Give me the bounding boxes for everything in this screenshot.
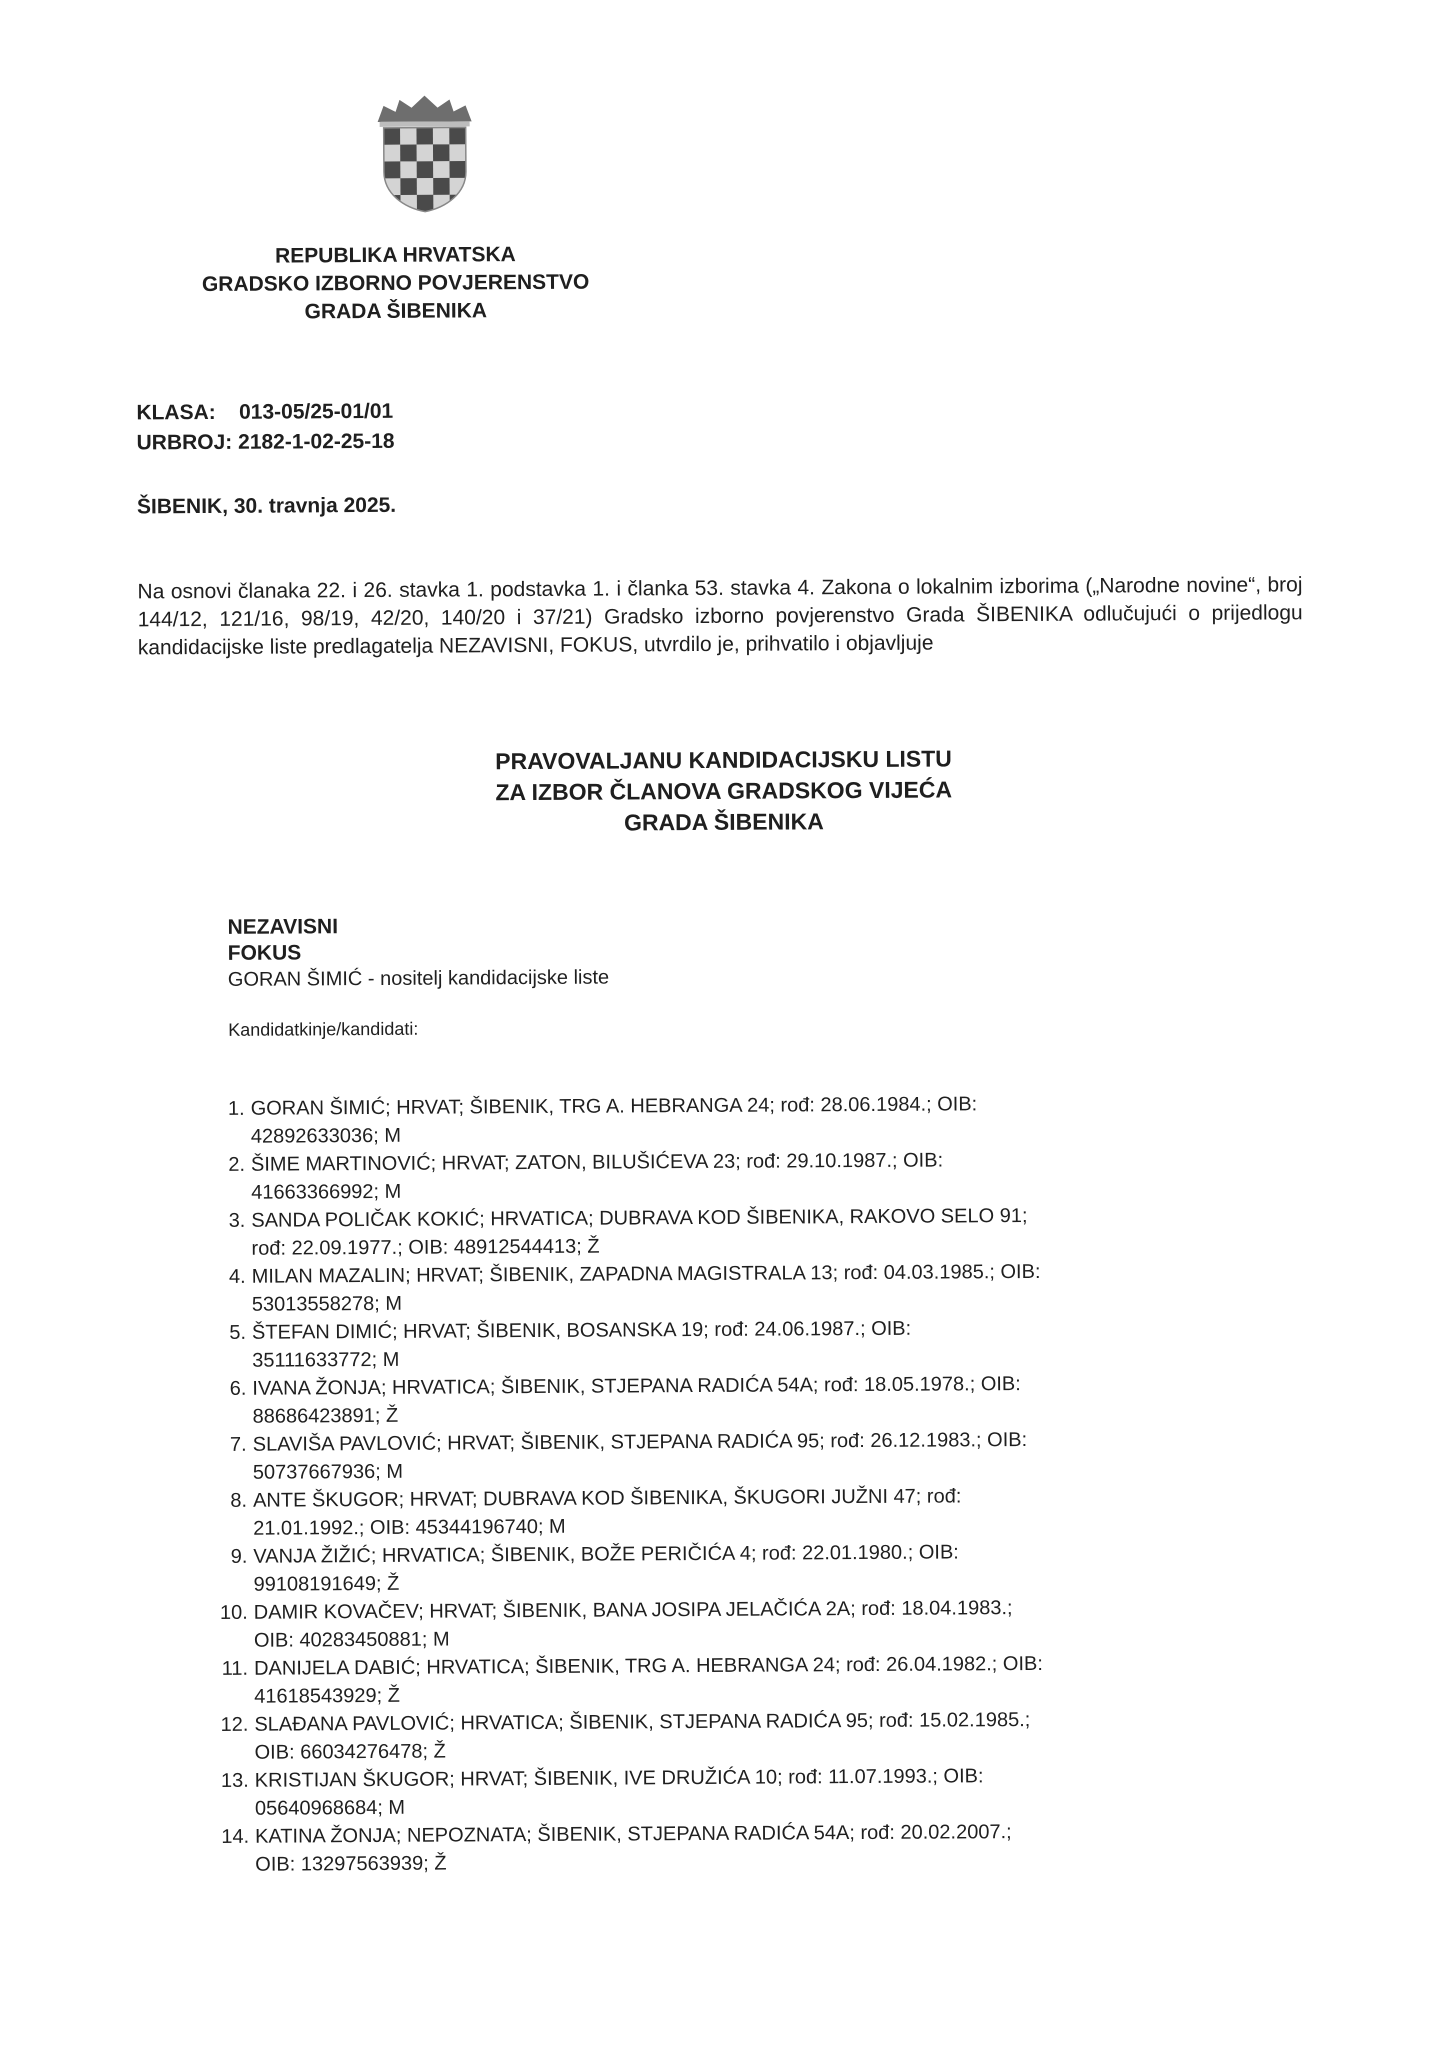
candidate-details: GORAN ŠIMIĆ; HRVAT; ŠIBENIK, TRG A. HEBR… xyxy=(251,1088,1336,1151)
candidate-details: KATINA ŽONJA; NEPOZNATA; ŠIBENIK, STJEPA… xyxy=(255,1816,1340,1879)
croatian-coat-of-arms-icon xyxy=(369,93,480,214)
header-commission: GRADSKO IZBORNO POVJERENSTVO xyxy=(146,268,646,299)
candidate-number: 5. xyxy=(207,1319,252,1375)
candidate-number: 12. xyxy=(209,1711,254,1767)
candidate-number: 10. xyxy=(209,1599,254,1655)
candidate-item: 14.KATINA ŽONJA; NEPOZNATA; ŠIBENIK, STJ… xyxy=(210,1816,1340,1879)
header-city: GRADA ŠIBENIKA xyxy=(146,296,646,327)
issuer-header: REPUBLIKA HRVATSKA GRADSKO IZBORNO POVJE… xyxy=(145,240,646,327)
urbroj-label: URBROJ: xyxy=(137,431,233,455)
document-title: PRAVOVALJANU KANDIDACIJSKU LISTU ZA IZBO… xyxy=(418,743,1029,840)
candidate-details: VANJA ŽIŽIĆ; HRVATICA; ŠIBENIK, BOŽE PER… xyxy=(253,1536,1338,1599)
candidate-details: SANDA POLIČAK KOKIĆ; HRVATICA; DUBRAVA K… xyxy=(251,1200,1336,1263)
title-line-3: GRADA ŠIBENIKA xyxy=(419,805,1029,840)
title-line-1: PRAVOVALJANU KANDIDACIJSKU LISTU xyxy=(418,743,1028,778)
place-date: ŠIBENIK, 30. travnja 2025. xyxy=(137,491,396,523)
candidates-label: Kandidatkinje/kandidati: xyxy=(228,1015,609,1043)
candidate-item: 6.IVANA ŽONJA; HRVATICA; ŠIBENIK, STJEPA… xyxy=(207,1368,1337,1431)
candidate-item: 2.ŠIME MARTINOVIĆ; HRVAT; ZATON, BILUŠIĆ… xyxy=(206,1144,1336,1207)
party-name-2: FOKUS xyxy=(228,939,609,967)
candidate-item: 12.SLAĐANA PAVLOVIĆ; HRVATICA; ŠIBENIK, … xyxy=(209,1704,1339,1767)
candidate-details: ŠTEFAN DIMIĆ; HRVAT; ŠIBENIK, BOSANSKA 1… xyxy=(252,1312,1337,1375)
header-republic: REPUBLIKA HRVATSKA xyxy=(145,240,645,271)
candidate-item: 1.GORAN ŠIMIĆ; HRVAT; ŠIBENIK, TRG A. HE… xyxy=(206,1088,1336,1151)
title-line-2: ZA IZBOR ČLANOVA GRADSKOG VIJEĆA xyxy=(419,774,1029,809)
candidate-item: 9.VANJA ŽIŽIĆ; HRVATICA; ŠIBENIK, BOŽE P… xyxy=(208,1536,1338,1599)
candidate-number: 14. xyxy=(210,1823,255,1879)
klasa-value: 013-05/25-01/01 xyxy=(239,400,393,424)
candidate-details: SLAĐANA PAVLOVIĆ; HRVATICA; ŠIBENIK, STJ… xyxy=(254,1704,1339,1767)
candidate-number: 2. xyxy=(206,1151,251,1207)
candidate-details: MILAN MAZALIN; HRVAT; ŠIBENIK, ZAPADNA M… xyxy=(252,1256,1337,1319)
candidate-item: 7.SLAVIŠA PAVLOVIĆ; HRVAT; ŠIBENIK, STJE… xyxy=(208,1424,1338,1487)
list-holder: GORAN ŠIMIĆ - nositelj kandidacijske lis… xyxy=(228,965,609,993)
candidate-details: ANTE ŠKUGOR; HRVAT; DUBRAVA KOD ŠIBENIKA… xyxy=(253,1480,1338,1543)
candidate-item: 13.KRISTIJAN ŠKUGOR; HRVAT; ŠIBENIK, IVE… xyxy=(210,1760,1340,1823)
candidate-number: 9. xyxy=(208,1543,253,1599)
intro-text: Na osnovi članaka 22. i 26. stavka 1. po… xyxy=(137,571,1302,662)
urbroj-row: URBROJ: 2182-1-02-25-18 xyxy=(136,427,395,459)
candidate-list: 1.GORAN ŠIMIĆ; HRVAT; ŠIBENIK, TRG A. HE… xyxy=(206,1088,1341,1879)
klasa-label: KLASA: xyxy=(136,401,215,424)
candidate-line-2: OIB: 13297563939; Ž xyxy=(255,1844,1340,1879)
candidate-details: DAMIR KOVAČEV; HRVAT; ŠIBENIK, BANA JOSI… xyxy=(254,1592,1339,1655)
document-page: REPUBLIKA HRVATSKA GRADSKO IZBORNO POVJE… xyxy=(0,0,1448,2048)
party-name-1: NEZAVISNI xyxy=(227,913,608,941)
candidate-details: SLAVIŠA PAVLOVIĆ; HRVAT; ŠIBENIK, STJEPA… xyxy=(253,1424,1338,1487)
legal-basis-paragraph: Na osnovi članaka 22. i 26. stavka 1. po… xyxy=(137,571,1302,662)
candidate-number: 13. xyxy=(210,1767,255,1823)
candidate-number: 8. xyxy=(208,1487,253,1543)
candidate-number: 7. xyxy=(208,1431,253,1487)
candidate-item: 11.DANIJELA DABIĆ; HRVATICA; ŠIBENIK, TR… xyxy=(209,1648,1339,1711)
candidate-details: KRISTIJAN ŠKUGOR; HRVAT; ŠIBENIK, IVE DR… xyxy=(255,1760,1340,1823)
candidate-number: 4. xyxy=(207,1263,252,1319)
candidate-number: 6. xyxy=(207,1375,252,1431)
candidate-details: DANIJELA DABIĆ; HRVATICA; ŠIBENIK, TRG A… xyxy=(254,1648,1339,1711)
candidate-item: 10.DAMIR KOVAČEV; HRVAT; ŠIBENIK, BANA J… xyxy=(209,1592,1339,1655)
party-block: NEZAVISNI FOKUS GORAN ŠIMIĆ - nositelj k… xyxy=(227,913,609,1043)
candidate-number: 1. xyxy=(206,1095,251,1151)
candidate-item: 3.SANDA POLIČAK KOKIĆ; HRVATICA; DUBRAVA… xyxy=(206,1200,1336,1263)
klasa-row: KLASA: 013-05/25-01/01 xyxy=(136,397,395,429)
candidate-item: 5.ŠTEFAN DIMIĆ; HRVAT; ŠIBENIK, BOSANSKA… xyxy=(207,1312,1337,1375)
candidate-details: ŠIME MARTINOVIĆ; HRVAT; ZATON, BILUŠIĆEV… xyxy=(251,1144,1336,1207)
candidate-item: 4.MILAN MAZALIN; HRVAT; ŠIBENIK, ZAPADNA… xyxy=(207,1256,1337,1319)
candidate-details: IVANA ŽONJA; HRVATICA; ŠIBENIK, STJEPANA… xyxy=(252,1368,1337,1431)
urbroj-value: 2182-1-02-25-18 xyxy=(238,430,395,454)
candidate-number: 11. xyxy=(209,1655,254,1711)
document-meta: KLASA: 013-05/25-01/01 URBROJ: 2182-1-02… xyxy=(136,397,396,523)
candidate-number: 3. xyxy=(206,1207,251,1263)
candidate-item: 8.ANTE ŠKUGOR; HRVAT; DUBRAVA KOD ŠIBENI… xyxy=(208,1480,1338,1543)
